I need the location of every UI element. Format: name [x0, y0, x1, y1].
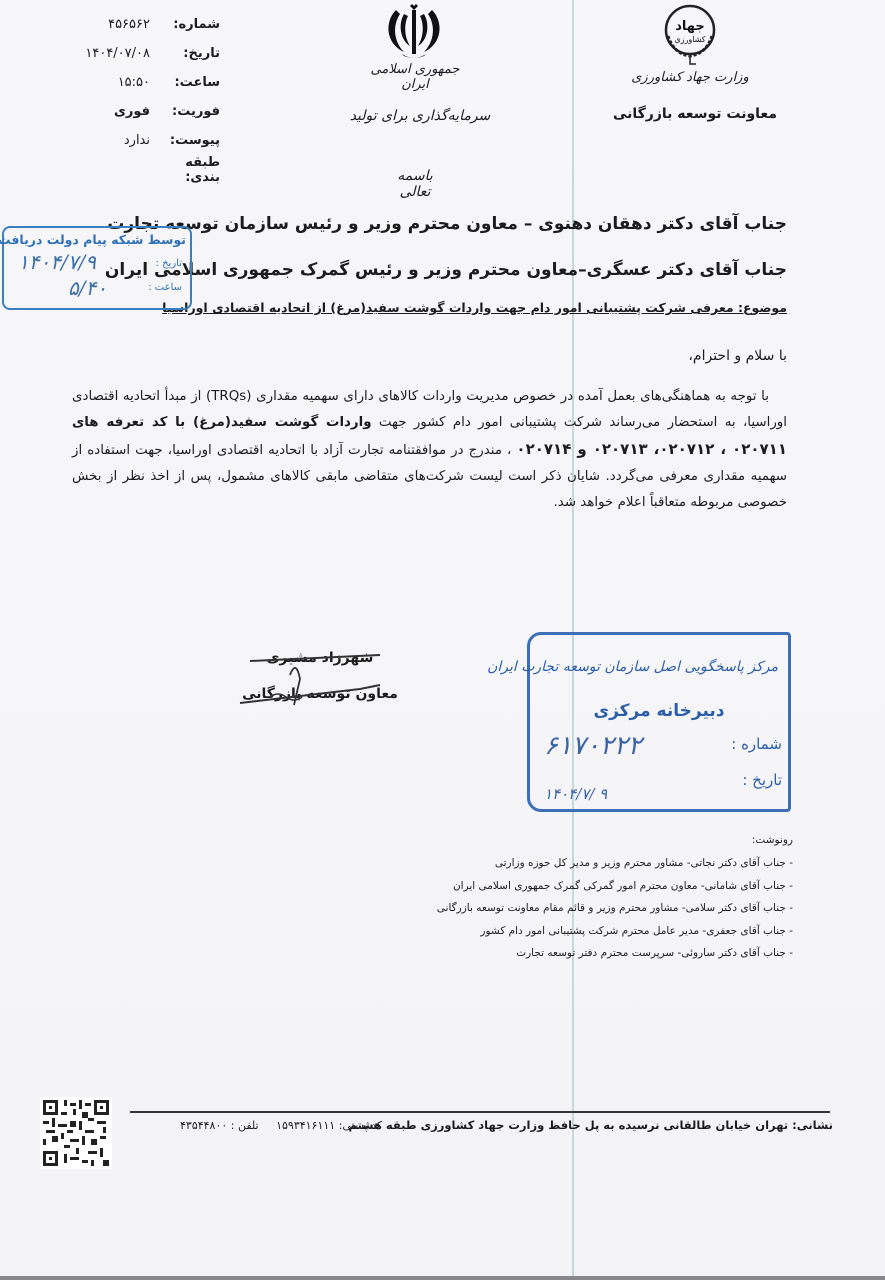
footer-divider — [130, 1111, 830, 1113]
cc-item: - جناب آقای دکتر سلامی- مشاور محترم وزیر… — [373, 897, 793, 920]
handwritten-signature-icon — [230, 645, 390, 715]
qr-code-icon — [40, 1096, 112, 1170]
svg-text:جهاد: جهاد — [675, 19, 705, 34]
secretariat-number-label: شماره : — [731, 735, 782, 753]
secretariat-dept: دبیرخانه مرکزی — [530, 701, 788, 721]
greeting: با سلام و احترام، — [688, 348, 787, 364]
svg-text:کشاورزی: کشاورزی — [674, 35, 705, 44]
footer-contact: کد پستی: ۱۵۹۳۴۱۶۱۱۱ تلفن : ۴۳۵۴۴۸۰۰ — [180, 1119, 382, 1132]
invocation: باسمه تعالی — [390, 168, 440, 200]
addressee-2: جناب آقای دکتر عسگری–معاون محترم وزیر و … — [105, 260, 787, 280]
secretariat-stamp: مرکز پاسخگویی اصل سازمان توسعه تجارت ایر… — [527, 632, 791, 812]
cc-item: - جناب آقای دکتر ساروئی- سرپرست محترم دف… — [373, 942, 793, 965]
letter-meta: شماره: ۴۵۶۵۶۲ تاریخ: ۱۴۰۴/۰۷/۰۸ ساعت: ۱۵… — [60, 10, 220, 184]
tariff-codes: ۰۲۰۷۱۱ ، ۰۲۰۷۱۲، ۰۲۰۷۱۳ و ۰۲۰۷۱۴ — [516, 440, 787, 458]
meta-date: تاریخ: ۱۴۰۴/۰۷/۰۸ — [60, 39, 220, 68]
meta-attachment: پیوست: ندارد — [60, 126, 220, 155]
body-paragraph: با توجه به هماهنگی‌های بعمل آمده در خصوص… — [72, 384, 787, 516]
received-stamp: توسط شبکه پیام دولت دریافت شد تاریخ : سا… — [2, 226, 192, 310]
cc-title: رونوشت: — [752, 834, 793, 846]
year-motto: سرمایه‌گذاری برای تولید — [345, 108, 495, 124]
secretariat-date-value: ۱۴۰۴/۷/ ۹ — [544, 785, 607, 803]
ministry-logo-icon: جهاد کشاورزی — [658, 2, 722, 66]
received-stamp-date-value: ۱۴۰۴/۷/۹ — [18, 250, 96, 274]
addressee-1: جناب آقای دکتر دهقان دهنوی – معاون محترم… — [107, 214, 787, 234]
letter-page: شماره: ۴۵۶۵۶۲ تاریخ: ۱۴۰۴/۰۷/۰۸ ساعت: ۱۵… — [0, 0, 885, 1280]
postal-code: ۱۵۹۳۴۱۶۱۱۱ — [276, 1119, 335, 1132]
ministry-name: وزارت جهاد کشاورزی — [620, 70, 760, 85]
emblem-caption: جمهوری اسلامی ایران — [360, 62, 470, 92]
subject-line: موضوع: معرفی شرکت پشتیبانی امور دام جهت … — [162, 300, 787, 315]
secretariat-number-value: ۶۱۷۰۲۲۲ — [544, 731, 642, 761]
cc-item: - جناب آقای دکتر نجاتی- مشاور محترم وزیر… — [373, 852, 793, 875]
meta-priority: فوریت: فوری — [60, 97, 220, 126]
cc-item: - جناب آقای شامانی- معاون محترم امور گمر… — [373, 875, 793, 898]
meta-number: شماره: ۴۵۶۵۶۲ — [60, 10, 220, 39]
meta-classification: طبقه بندی: — [60, 155, 220, 184]
received-stamp-time-value: ۵/۴۰ — [68, 276, 107, 300]
cc-list: - جناب آقای دکتر نجاتی- مشاور محترم وزیر… — [373, 852, 793, 965]
footer-address: نشانی: تهران خیابان طالقانی نرسیده به پل… — [348, 1118, 833, 1132]
phone-number: ۴۳۵۴۴۸۰۰ — [180, 1119, 227, 1132]
received-stamp-time-label: ساعت : — [148, 282, 182, 293]
secretariat-date-label: تاریخ : — [742, 771, 782, 789]
received-stamp-title: توسط شبکه پیام دولت دریافت شد — [0, 232, 186, 247]
iran-emblem-icon — [382, 4, 446, 62]
secretariat-org: مرکز پاسخگویی اصل سازمان توسعه تجارت ایر… — [487, 659, 778, 675]
product-emphasis: واردات گوشت سفید(مرغ) با کد تعرفه های — [72, 415, 372, 430]
cc-item: - جناب آقای جعفری- مدیر عامل محترم شرکت … — [373, 920, 793, 943]
meta-time: ساعت: ۱۵:۵۰ — [60, 68, 220, 97]
deputy-office-header: معاونت توسعه بازرگانی — [600, 106, 790, 122]
page-bottom-edge — [0, 1276, 885, 1280]
received-stamp-date-label: تاریخ : — [156, 258, 182, 269]
